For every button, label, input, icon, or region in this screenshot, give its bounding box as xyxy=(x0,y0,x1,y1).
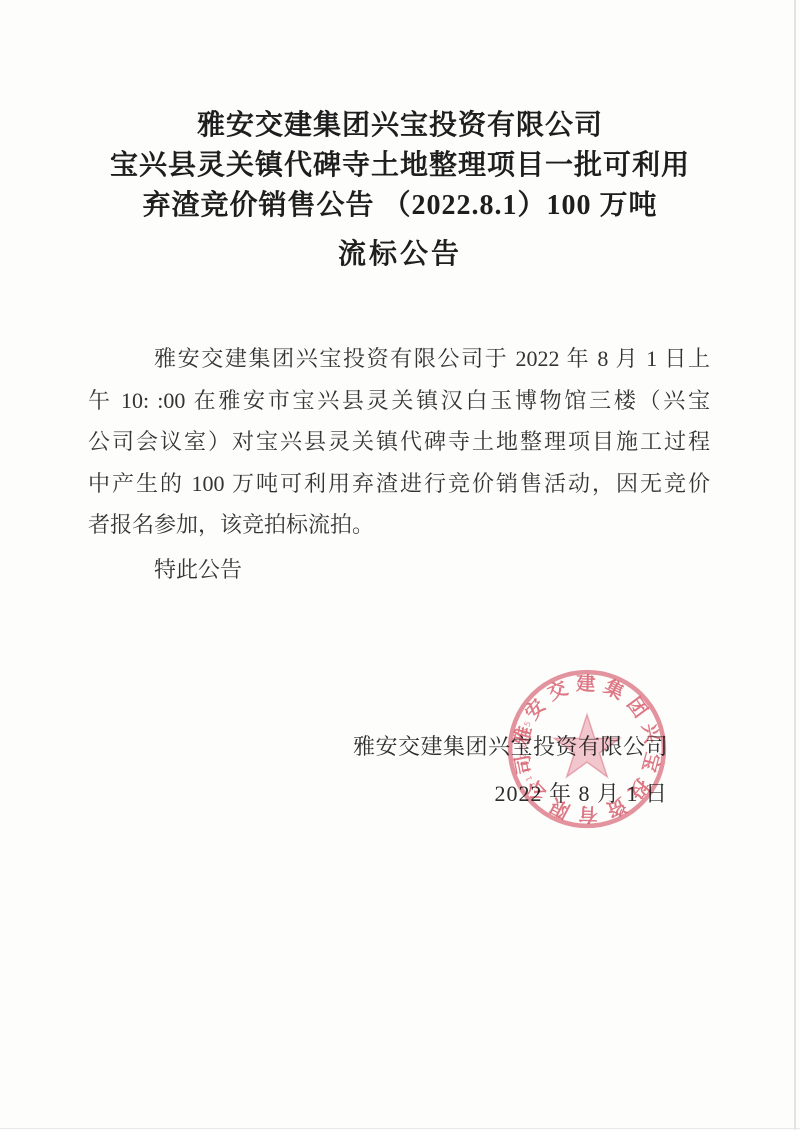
body-line: 公司会议室）对宝兴县灵关镇代碑寺土地整理项目施工过程 xyxy=(88,421,710,463)
title-line-1: 雅安交建集团兴宝投资有限公司 xyxy=(0,106,800,146)
body-line: 者报名参加，该竞拍标流拍。 xyxy=(88,504,710,546)
signature-block: 雅安交建集团兴宝投资有限公司 2022 年 8 月 1 日 xyxy=(353,732,668,809)
document-body: 雅安交建集团兴宝投资有限公司于 2022 年 8 月 1 日上 午 10: :0… xyxy=(88,338,710,590)
title-line-2: 宝兴县灵关镇代碑寺土地整理项目一批可利用 xyxy=(0,146,800,186)
signature-date: 2022 年 8 月 1 日 xyxy=(353,779,668,809)
body-line: 中产生的 100 万吨可利用弃渣进行竞价销售活动，因无竞价 xyxy=(88,463,710,505)
title-line-4: 流标公告 xyxy=(0,235,800,275)
body-line: 雅安交建集团兴宝投资有限公司于 2022 年 8 月 1 日上 xyxy=(88,338,710,380)
body-line: 午 10: :00 在雅安市宝兴县灵关镇汉白玉博物馆三楼（兴宝 xyxy=(88,380,710,422)
document-page: 雅安交建集团兴宝投资有限公司 宝兴县灵关镇代碑寺土地整理项目一批可利用 弃渣竞价… xyxy=(0,0,800,1130)
title-line-3: 弃渣竞价销售公告 （2022.8.1）100 万吨 xyxy=(0,186,800,226)
document-title: 雅安交建集团兴宝投资有限公司 宝兴县灵关镇代碑寺土地整理项目一批可利用 弃渣竞价… xyxy=(0,106,800,275)
signature-company: 雅安交建集团兴宝投资有限公司 xyxy=(353,732,668,762)
scan-edge xyxy=(0,1128,800,1129)
closing-line: 特此公告 xyxy=(88,549,710,591)
